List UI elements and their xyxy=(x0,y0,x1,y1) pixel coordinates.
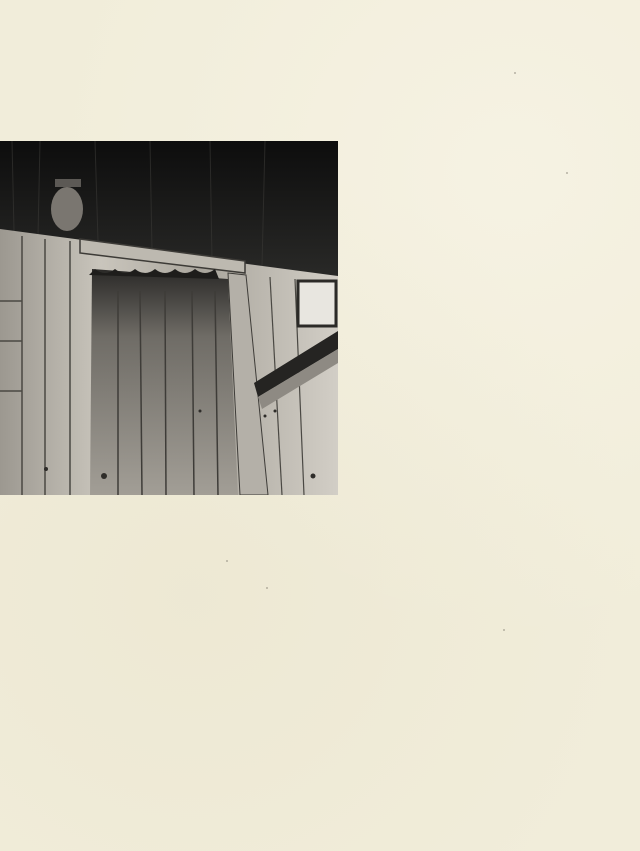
paper-speck xyxy=(266,587,268,589)
paper-speck xyxy=(503,629,505,631)
paper-speck xyxy=(226,560,228,562)
paper-speck xyxy=(566,172,568,174)
photograph xyxy=(0,141,338,495)
wooden-facade-image xyxy=(0,141,338,495)
paper-speck xyxy=(514,72,516,74)
